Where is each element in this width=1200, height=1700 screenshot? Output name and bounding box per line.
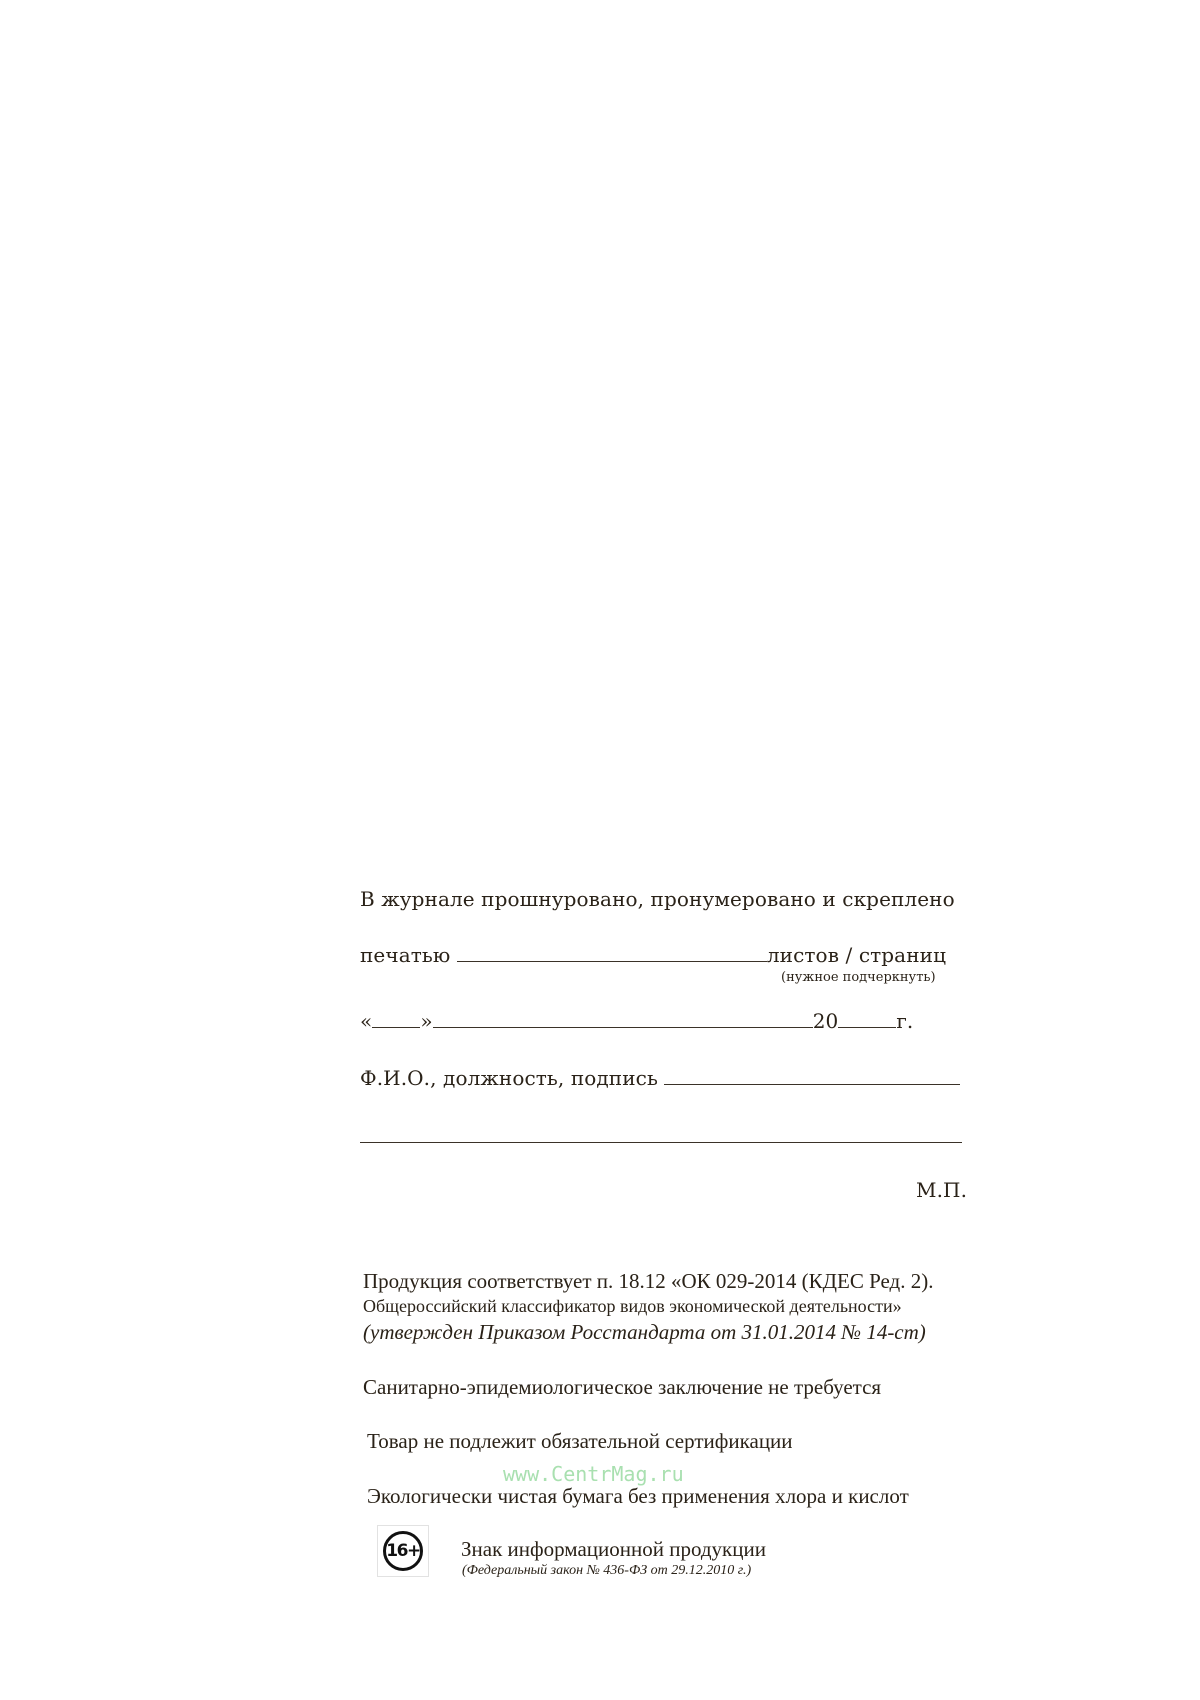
signature-continuation-line[interactable] xyxy=(360,1142,962,1143)
signature-row: Ф.И.О., должность, подпись xyxy=(360,1066,960,1090)
date-row: «»20г. xyxy=(360,1009,913,1033)
year-field[interactable] xyxy=(838,1009,896,1028)
journal-statement: В журнале прошнуровано, пронумеровано и … xyxy=(360,887,955,911)
pages-count-field[interactable] xyxy=(457,943,767,962)
pages-unit-label: листов / страниц xyxy=(767,943,946,967)
year-suffix: г. xyxy=(896,1009,913,1033)
seal-label: печатью xyxy=(360,943,450,967)
day-field[interactable] xyxy=(372,1009,420,1028)
year-prefix: 20 xyxy=(813,1009,839,1033)
age-16-plus-icon: 16+ xyxy=(383,1531,423,1571)
certification-note: Товар не подлежит обязательной сертифика… xyxy=(367,1429,793,1454)
signature-field[interactable] xyxy=(664,1066,960,1085)
watermark: www.CentrMag.ru xyxy=(503,1462,684,1486)
age-rating-label: 16+ xyxy=(386,1541,419,1561)
pages-count-row: печатью листов / страниц xyxy=(360,943,946,967)
compliance-line-1: Продукция соответствует п. 18.12 «ОК 029… xyxy=(363,1269,933,1294)
underline-note: (нужное подчеркнуть) xyxy=(781,970,936,985)
info-law-reference: (Федеральный закон № 436-ФЗ от 29.12.201… xyxy=(462,1563,751,1579)
signature-label: Ф.И.О., должность, подпись xyxy=(360,1066,658,1090)
age-rating-badge: 16+ xyxy=(377,1525,429,1577)
month-field[interactable] xyxy=(433,1009,813,1028)
compliance-line-3: (утвержден Приказом Росстандарта от 31.0… xyxy=(363,1320,926,1345)
stamp-label: М.П. xyxy=(916,1178,967,1202)
eco-note: Экологически чистая бумага без применени… xyxy=(367,1484,909,1509)
day-open-quote: « xyxy=(360,1009,372,1033)
info-sign-label: Знак информационной продукции xyxy=(461,1537,766,1562)
compliance-line-2: Общероссийский классификатор видов эконо… xyxy=(363,1296,902,1317)
sanitary-note: Санитарно-эпидемиологическое заключение … xyxy=(363,1375,881,1400)
day-close-quote: » xyxy=(420,1009,432,1033)
